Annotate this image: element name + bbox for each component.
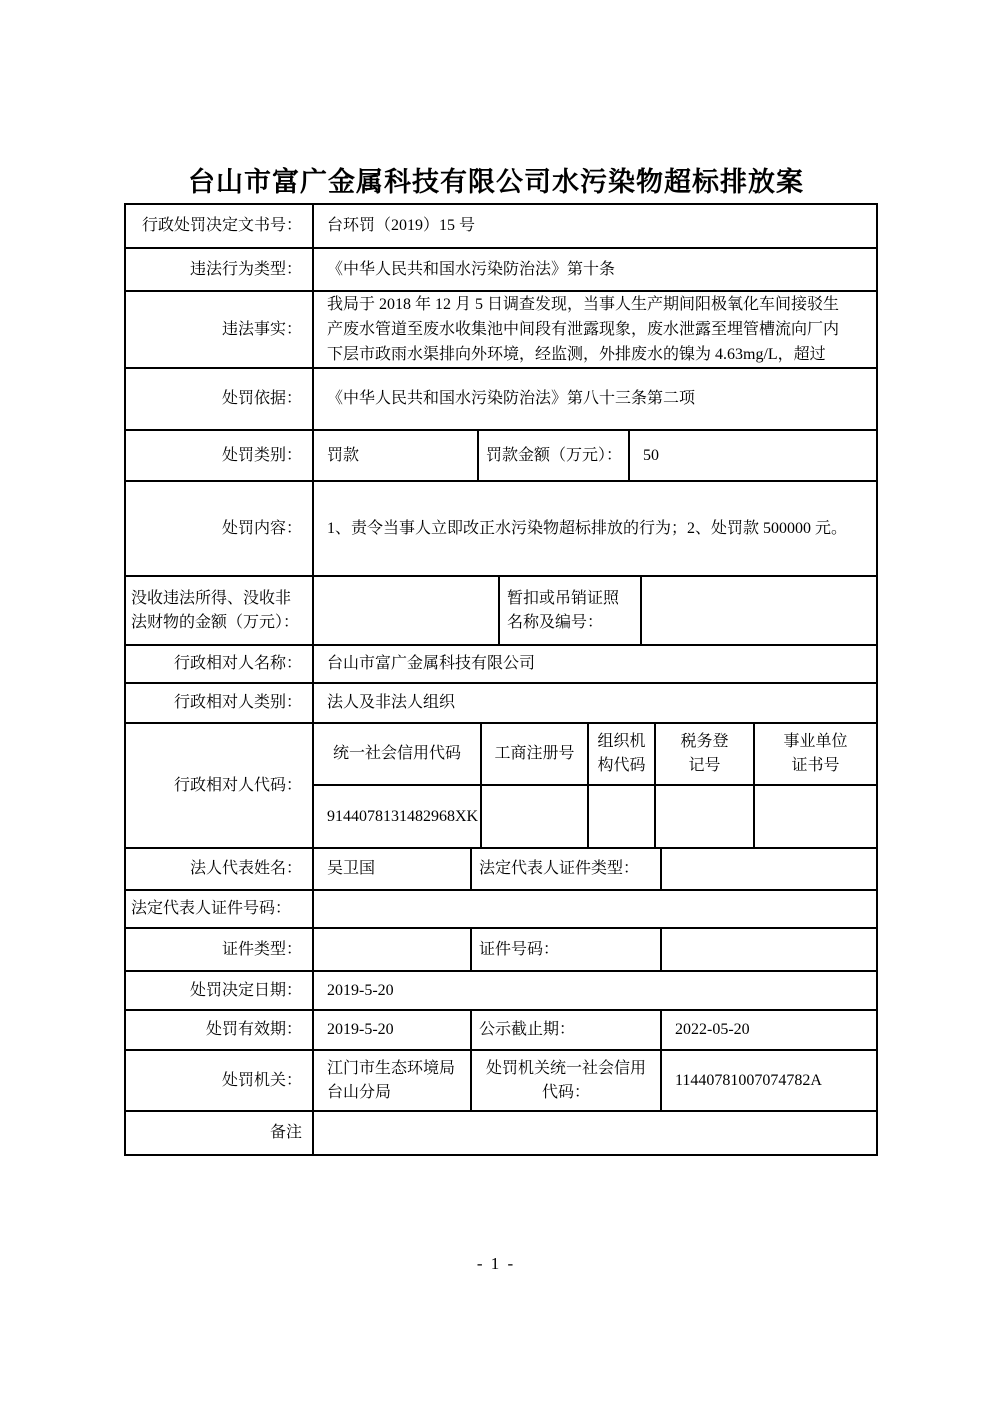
document-title: 台山市富广金属科技有限公司水污染物超标排放案 xyxy=(0,160,992,199)
table-row-authority: 处罚机关： 江门市生态环境局 台山分局 处罚机关统一社会信用 代码： 11440… xyxy=(126,1051,876,1112)
validity-value: 2019-5-20 xyxy=(314,1011,472,1049)
tax-reg-header: 税务登 记号 xyxy=(656,724,755,784)
doc-no-label: 行政处罚决定文书号： xyxy=(126,205,314,247)
table-row-basis: 处罚依据： 《中华人民共和国水污染防治法》第八十三条第二项 xyxy=(126,369,876,431)
table-row-rep-cert-no: 法定代表人证件号码： xyxy=(126,891,876,929)
authority-value: 江门市生态环境局 台山分局 xyxy=(314,1051,472,1110)
rep-cert-no-value xyxy=(314,891,876,927)
fine-amount-value: 50 xyxy=(630,431,876,480)
document-page: 台山市富广金属科技有限公司水污染物超标排放案 行政处罚决定文书号： 台环罚（20… xyxy=(0,0,992,1403)
basis-label: 处罚依据： xyxy=(126,369,314,429)
category-value: 罚款 xyxy=(314,431,479,480)
violation-type-value: 《中华人民共和国水污染防治法》第十条 xyxy=(314,249,876,290)
institution-cert-header: 事业单位 证书号 xyxy=(755,724,876,784)
facts-value: 我局于 2018 年 12 月 5 日调查发现，当事人生产期间阳极氧化车间接驳生… xyxy=(314,292,876,367)
category-label: 处罚类别： xyxy=(126,431,314,480)
doc-no-value: 台环罚（2019）15 号 xyxy=(314,205,876,247)
license-revoke-label: 暂扣或吊销证照 名称及编号： xyxy=(500,577,642,644)
authority-credit-code-value: 11440781007074782A xyxy=(662,1051,876,1110)
business-reg-value xyxy=(482,786,589,847)
table-row-doc-no: 行政处罚决定文书号： 台环罚（2019）15 号 xyxy=(126,205,876,249)
table-row-remark: 备注 xyxy=(126,1112,876,1154)
remark-label: 备注 xyxy=(126,1112,314,1154)
rep-cert-no-label: 法定代表人证件号码： xyxy=(126,891,314,927)
remark-value xyxy=(314,1112,876,1154)
party-codes-header-row: 统一社会信用代码 工商注册号 组织机 构代码 税务登 记号 事业单位 证书号 xyxy=(314,724,876,786)
org-code-value xyxy=(589,786,656,847)
basis-value: 《中华人民共和国水污染防治法》第八十三条第二项 xyxy=(314,369,876,429)
credit-code-header: 统一社会信用代码 xyxy=(314,724,482,784)
rep-cert-type-value xyxy=(662,849,876,889)
table-row-cert: 证件类型： 证件号码： xyxy=(126,929,876,972)
table-row-category: 处罚类别： 罚款 罚款金额（万元）： 50 xyxy=(126,431,876,482)
party-type-label: 行政相对人类别： xyxy=(126,684,314,722)
party-codes-label: 行政相对人代码： xyxy=(126,724,314,847)
table-row-party-codes: 行政相对人代码： 统一社会信用代码 工商注册号 组织机 构代码 税务登 记号 事… xyxy=(126,724,876,849)
penalty-table: 行政处罚决定文书号： 台环罚（2019）15 号 违法行为类型： 《中华人民共和… xyxy=(124,203,878,1156)
table-row-facts: 违法事实： 我局于 2018 年 12 月 5 日调查发现，当事人生产期间阳极氧… xyxy=(126,292,876,369)
content-value: 1、责令当事人立即改正水污染物超标排放的行为；2、处罚款 500000 元。 xyxy=(314,482,876,575)
table-row-party-type: 行政相对人类别： 法人及非法人组织 xyxy=(126,684,876,724)
legal-rep-label: 法人代表姓名： xyxy=(126,849,314,889)
table-row-violation-type: 违法行为类型： 《中华人民共和国水污染防治法》第十条 xyxy=(126,249,876,292)
cert-type-value xyxy=(314,929,472,970)
cert-no-label: 证件号码： xyxy=(472,929,662,970)
decision-date-label: 处罚决定日期： xyxy=(126,972,314,1009)
publicity-deadline-value: 2022-05-20 xyxy=(662,1011,876,1049)
party-name-label: 行政相对人名称： xyxy=(126,646,314,682)
content-label: 处罚内容： xyxy=(126,482,314,575)
confiscation-label: 没收违法所得、没收非 法财物的金额（万元）： xyxy=(126,577,314,644)
page-number: - 1 - xyxy=(0,1254,992,1274)
table-row-legal-rep: 法人代表姓名： 吴卫国 法定代表人证件类型： xyxy=(126,849,876,891)
fine-amount-label: 罚款金额（万元）： xyxy=(479,431,630,480)
credit-code-value: 9144078131482968XK xyxy=(314,786,482,847)
party-codes-subtable: 统一社会信用代码 工商注册号 组织机 构代码 税务登 记号 事业单位 证书号 9… xyxy=(314,724,876,847)
table-row-party-name: 行政相对人名称： 台山市富广金属科技有限公司 xyxy=(126,646,876,684)
license-revoke-value xyxy=(642,577,876,644)
confiscation-value xyxy=(314,577,500,644)
table-row-content: 处罚内容： 1、责令当事人立即改正水污染物超标排放的行为；2、处罚款 50000… xyxy=(126,482,876,577)
facts-label: 违法事实： xyxy=(126,292,314,367)
org-code-header: 组织机 构代码 xyxy=(589,724,656,784)
rep-cert-type-label: 法定代表人证件类型： xyxy=(472,849,662,889)
table-row-validity: 处罚有效期： 2019-5-20 公示截止期： 2022-05-20 xyxy=(126,1011,876,1051)
party-name-value: 台山市富广金属科技有限公司 xyxy=(314,646,876,682)
party-type-value: 法人及非法人组织 xyxy=(314,684,876,722)
table-row-confiscation: 没收违法所得、没收非 法财物的金额（万元）： 暂扣或吊销证照 名称及编号： xyxy=(126,577,876,646)
cert-type-label: 证件类型： xyxy=(126,929,314,970)
validity-label: 处罚有效期： xyxy=(126,1011,314,1049)
violation-type-label: 违法行为类型： xyxy=(126,249,314,290)
legal-rep-value: 吴卫国 xyxy=(314,849,472,889)
publicity-deadline-label: 公示截止期： xyxy=(472,1011,662,1049)
party-codes-value-row: 9144078131482968XK xyxy=(314,786,876,847)
tax-reg-value xyxy=(656,786,755,847)
authority-credit-code-label: 处罚机关统一社会信用 代码： xyxy=(472,1051,662,1110)
authority-label: 处罚机关： xyxy=(126,1051,314,1110)
table-row-decision-date: 处罚决定日期： 2019-5-20 xyxy=(126,972,876,1011)
institution-cert-value xyxy=(755,786,876,847)
cert-no-value xyxy=(662,929,876,970)
business-reg-header: 工商注册号 xyxy=(482,724,589,784)
decision-date-value: 2019-5-20 xyxy=(314,972,876,1009)
